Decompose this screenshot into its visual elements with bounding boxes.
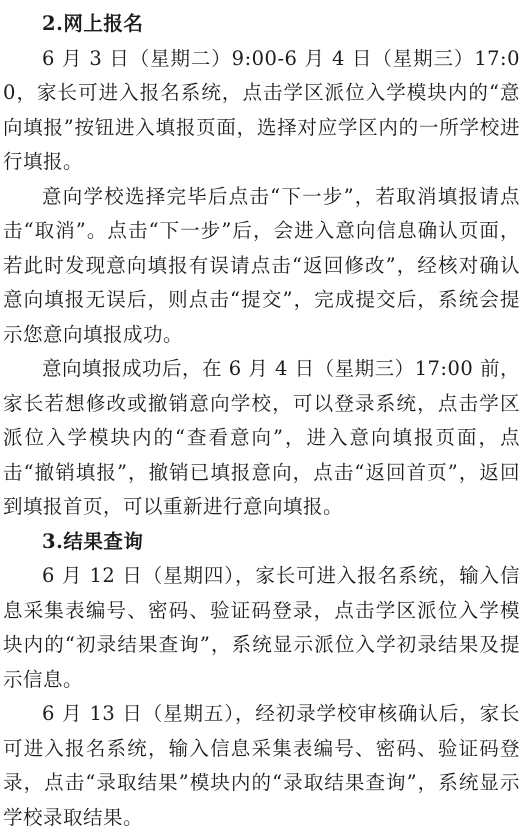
paragraph-final-result-query: 6 月 13 日（星期五），经初录学校审核确认后，家长可进入报名系统，输入信息采…: [3, 697, 520, 835]
paragraph-initial-result-query: 6 月 12 日（星期四），家长可进入报名系统，输入信息采集表编号、密码、验证码…: [3, 559, 520, 697]
paragraph-intent-confirmation: 意向学校选择完毕后点击“下一步”，若取消填报请点击“取消”。点击“下一步”后，会…: [3, 180, 520, 353]
section-heading-online-registration: 2.网上报名: [3, 7, 520, 42]
paragraph-modify-withdraw: 意向填报成功后，在 6 月 4 日（星期三）17:00 前，家长若想修改或撤销意…: [3, 352, 520, 525]
paragraph-registration-time: 6 月 3 日（星期二）9:00-6 月 4 日（星期三）17:00，家长可进入…: [3, 42, 520, 180]
document-page: 2.网上报名 6 月 3 日（星期二）9:00-6 月 4 日（星期三）17:0…: [0, 0, 524, 835]
section-heading-result-query: 3.结果查询: [3, 525, 520, 560]
